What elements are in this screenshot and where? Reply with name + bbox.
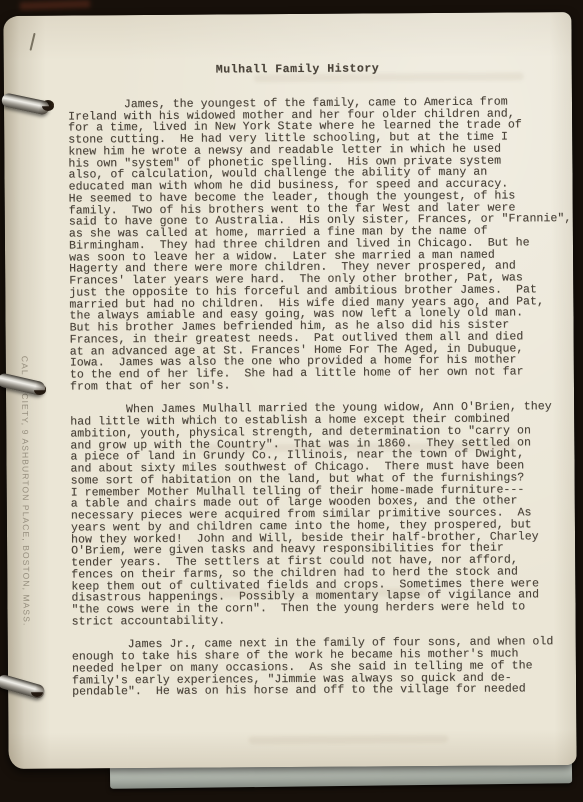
paragraph-james-and-ann: When James Mulhall married the young wid…	[70, 401, 577, 628]
paragraph-james-family: James, the youngest of the family, came …	[68, 96, 577, 393]
binder-edge-smudge	[20, 0, 90, 10]
document-page: CAL SOCIETY, 9 ASHBURTON PLACE, BOSTON, …	[3, 12, 576, 769]
scanned-page-photo: CAL SOCIETY, 9 ASHBURTON PLACE, BOSTON, …	[0, 0, 583, 802]
show-through-smudge	[248, 735, 448, 744]
page-title: Mulhall Family History	[216, 62, 576, 76]
pen-mark	[29, 33, 35, 51]
paragraph-james-jr: James Jr., came next in the family of fo…	[72, 636, 577, 698]
library-stamp: CAL SOCIETY, 9 ASHBURTON PLACE, BOSTON, …	[19, 356, 32, 658]
typed-text-block: Mulhall Family History James, the younge…	[68, 62, 577, 710]
